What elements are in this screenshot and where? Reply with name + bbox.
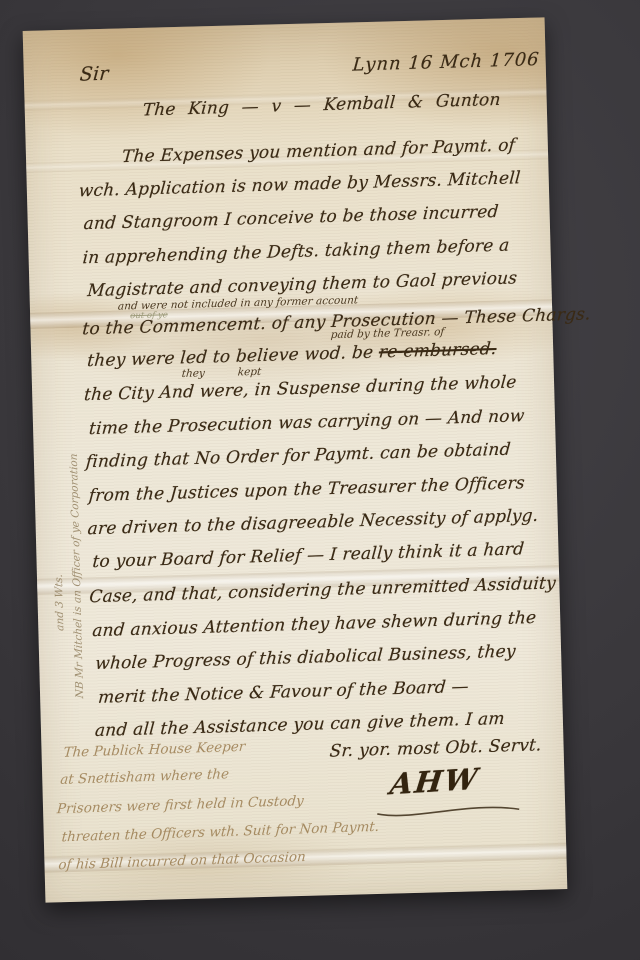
interlineation-kept: kept bbox=[237, 366, 261, 379]
body-line-pre: they were led to believe wod. be bbox=[87, 342, 380, 371]
signature-flourish bbox=[373, 798, 523, 822]
signature: AHW bbox=[388, 762, 481, 802]
postscript-line: The Publick House Keeper bbox=[63, 739, 246, 761]
body-line: whole Progress of this diabolical Busine… bbox=[94, 642, 516, 675]
postscript-line: of his Bill incurred on that Occasion bbox=[58, 849, 306, 873]
margin-note: and 3 Wts. bbox=[53, 574, 67, 632]
photo-background: Sir Lynn 16 Mch 1706 The King — v — Kemb… bbox=[0, 0, 640, 960]
interlineation-they: they bbox=[181, 367, 205, 380]
postscript-line: threaten the Officers wth. Suit for Non … bbox=[61, 819, 380, 846]
body-line: merit the Notice & Favour of the Board — bbox=[97, 677, 469, 708]
dateline: Lynn 16 Mch 1706 bbox=[291, 49, 541, 77]
body-line: and all the Assistance you can give them… bbox=[94, 709, 505, 741]
body-line: they were led to believe wod. be re-embu… bbox=[87, 339, 498, 371]
struck-text: re-embursed. bbox=[378, 339, 497, 363]
postscript-line: at Snettisham where the bbox=[60, 766, 230, 788]
body-line: time the Prosecution was carrying on — A… bbox=[88, 406, 525, 439]
salutation: Sir bbox=[79, 63, 109, 86]
body-line: from the Justices upon the Treasurer the… bbox=[88, 473, 526, 506]
closing-line: Sr. yor. most Obt. Servt. bbox=[329, 735, 543, 761]
body-line: are driven to the disagreeable Necessity… bbox=[87, 506, 539, 539]
body-line: the City And were, in Suspense during th… bbox=[83, 372, 517, 405]
body-line: Case, and that, considering the unremitt… bbox=[89, 573, 557, 607]
letter-paper: Sir Lynn 16 Mch 1706 The King — v — Kemb… bbox=[23, 17, 568, 902]
body-line: The Expenses you mention and for Paymt. … bbox=[121, 135, 516, 167]
body-line: and anxious Attention they have shewn du… bbox=[92, 608, 537, 641]
body-line: wch. Application is now made by Messrs. … bbox=[78, 168, 521, 201]
case-title: The King — v — Kemball & Gunton bbox=[142, 90, 501, 121]
body-line: in apprehending the Defts. taking them b… bbox=[82, 236, 510, 269]
interlineation-paid-by-treasurer: paid by the Treasr. of bbox=[330, 326, 444, 341]
body-line: to your Board for Relief — I really thin… bbox=[92, 539, 525, 572]
margin-note: NB Mr Mitchel is an Officer of ye Corpor… bbox=[68, 453, 86, 699]
body-line: and Stangroom I conceive to be those inc… bbox=[83, 202, 499, 234]
postscript-line: Prisoners were first held in Custody bbox=[56, 793, 304, 817]
body-line: finding that No Order for Paymt. can be … bbox=[85, 440, 511, 473]
